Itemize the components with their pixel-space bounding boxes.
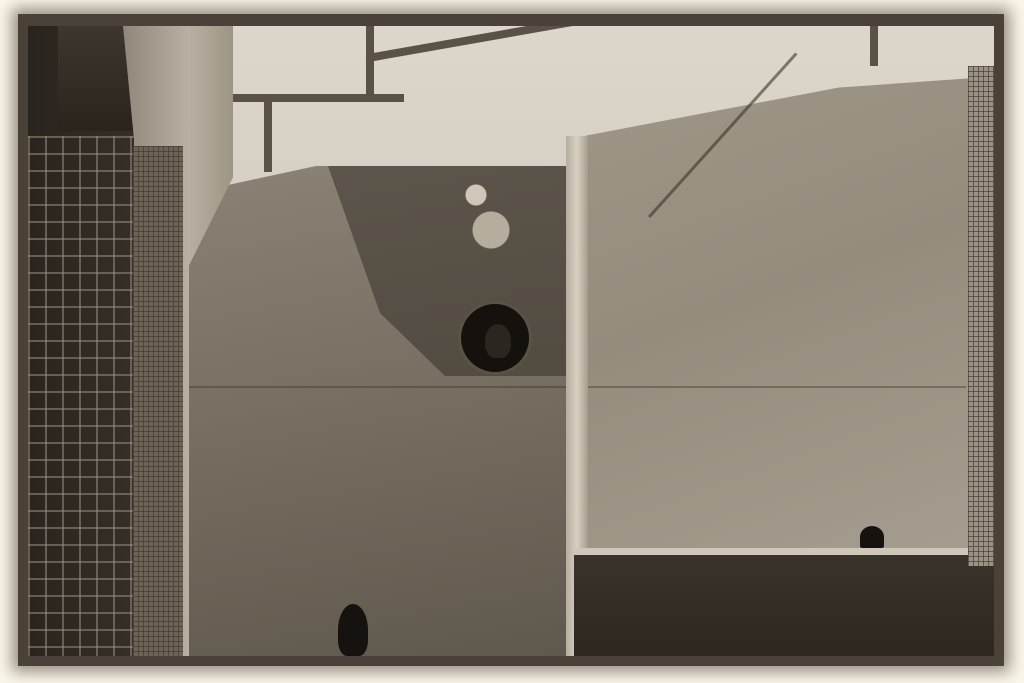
wire-mesh-side	[133, 146, 183, 656]
pigeon-on-ground	[338, 604, 368, 656]
railing-bar	[204, 94, 404, 102]
railing-post	[366, 26, 374, 96]
wire-mesh-right	[968, 66, 994, 566]
pigeon-on-ledge	[860, 526, 884, 548]
wall-stains	[458, 181, 518, 251]
concrete-ledge	[574, 548, 994, 656]
railing-post	[870, 26, 878, 66]
photograph	[28, 26, 994, 656]
wire-grid-left	[28, 136, 138, 656]
photo-frame	[18, 14, 1004, 666]
railing-post	[264, 98, 272, 172]
pigeon-in-hole	[485, 324, 511, 358]
